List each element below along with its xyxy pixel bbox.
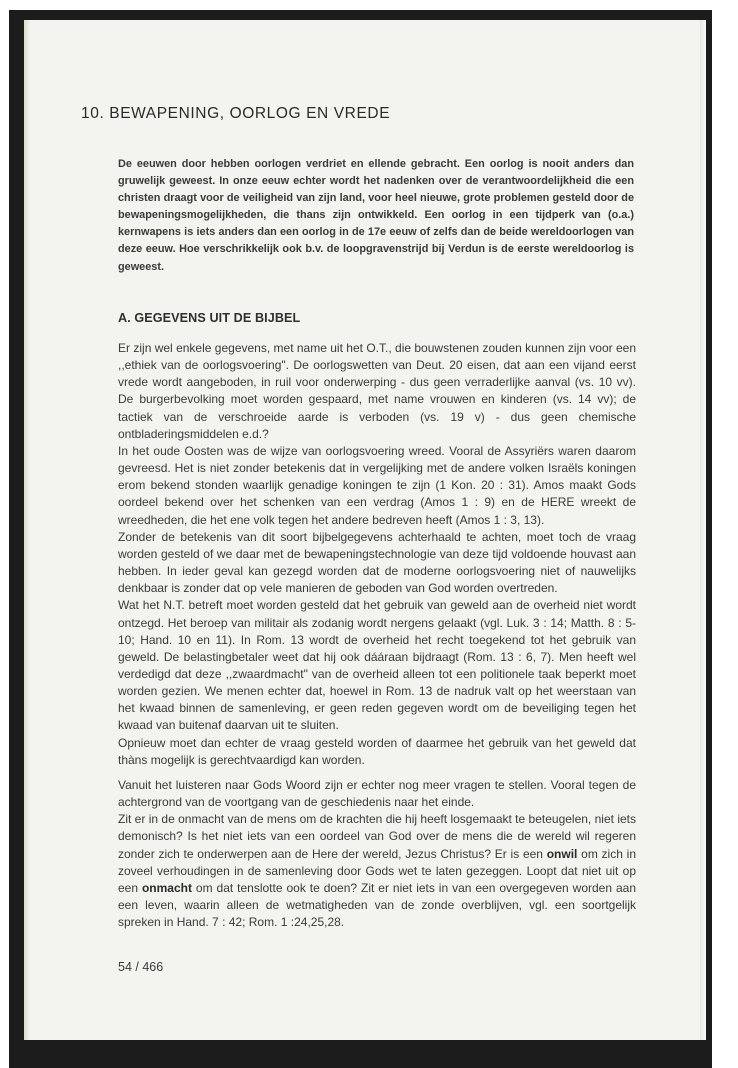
chapter-title: 10. BEWAPENING, OORLOG EN VREDE [81, 105, 390, 123]
text-run: om dat tenslotte ook te doen? Zit er nie… [118, 881, 636, 929]
emphasis-onmacht: onmacht [142, 881, 192, 895]
page-number: 54 / 466 [118, 960, 163, 974]
body-text: Er zijn wel enkele gegevens, met name ui… [118, 340, 636, 931]
paragraph: Zonder de betekenis van dit soort bijbel… [118, 529, 636, 598]
paragraph: Er zijn wel enkele gegevens, met name ui… [118, 340, 636, 443]
paragraph: In het oude Oosten was de wijze van oorl… [118, 443, 636, 529]
paragraph: Opnieuw moet dan echter de vraag gesteld… [118, 735, 636, 769]
emphasis-onwil: onwil [547, 847, 578, 861]
intro-paragraph: De eeuwen door hebben oorlogen verdriet … [118, 156, 634, 276]
document-page: 10. BEWAPENING, OORLOG EN VREDE De eeuwe… [24, 20, 706, 1040]
page-edge [24, 20, 30, 1040]
section-title: A. GEGEVENS UIT DE BIJBEL [118, 311, 300, 325]
page-edge [700, 20, 706, 1040]
paragraph: Vanuit het luisteren naar Gods Woord zij… [118, 777, 636, 811]
paragraph: Wat het N.T. betreft moet worden gesteld… [118, 597, 636, 734]
paragraph: Zit er in de onmacht van de mens om de k… [118, 811, 636, 931]
